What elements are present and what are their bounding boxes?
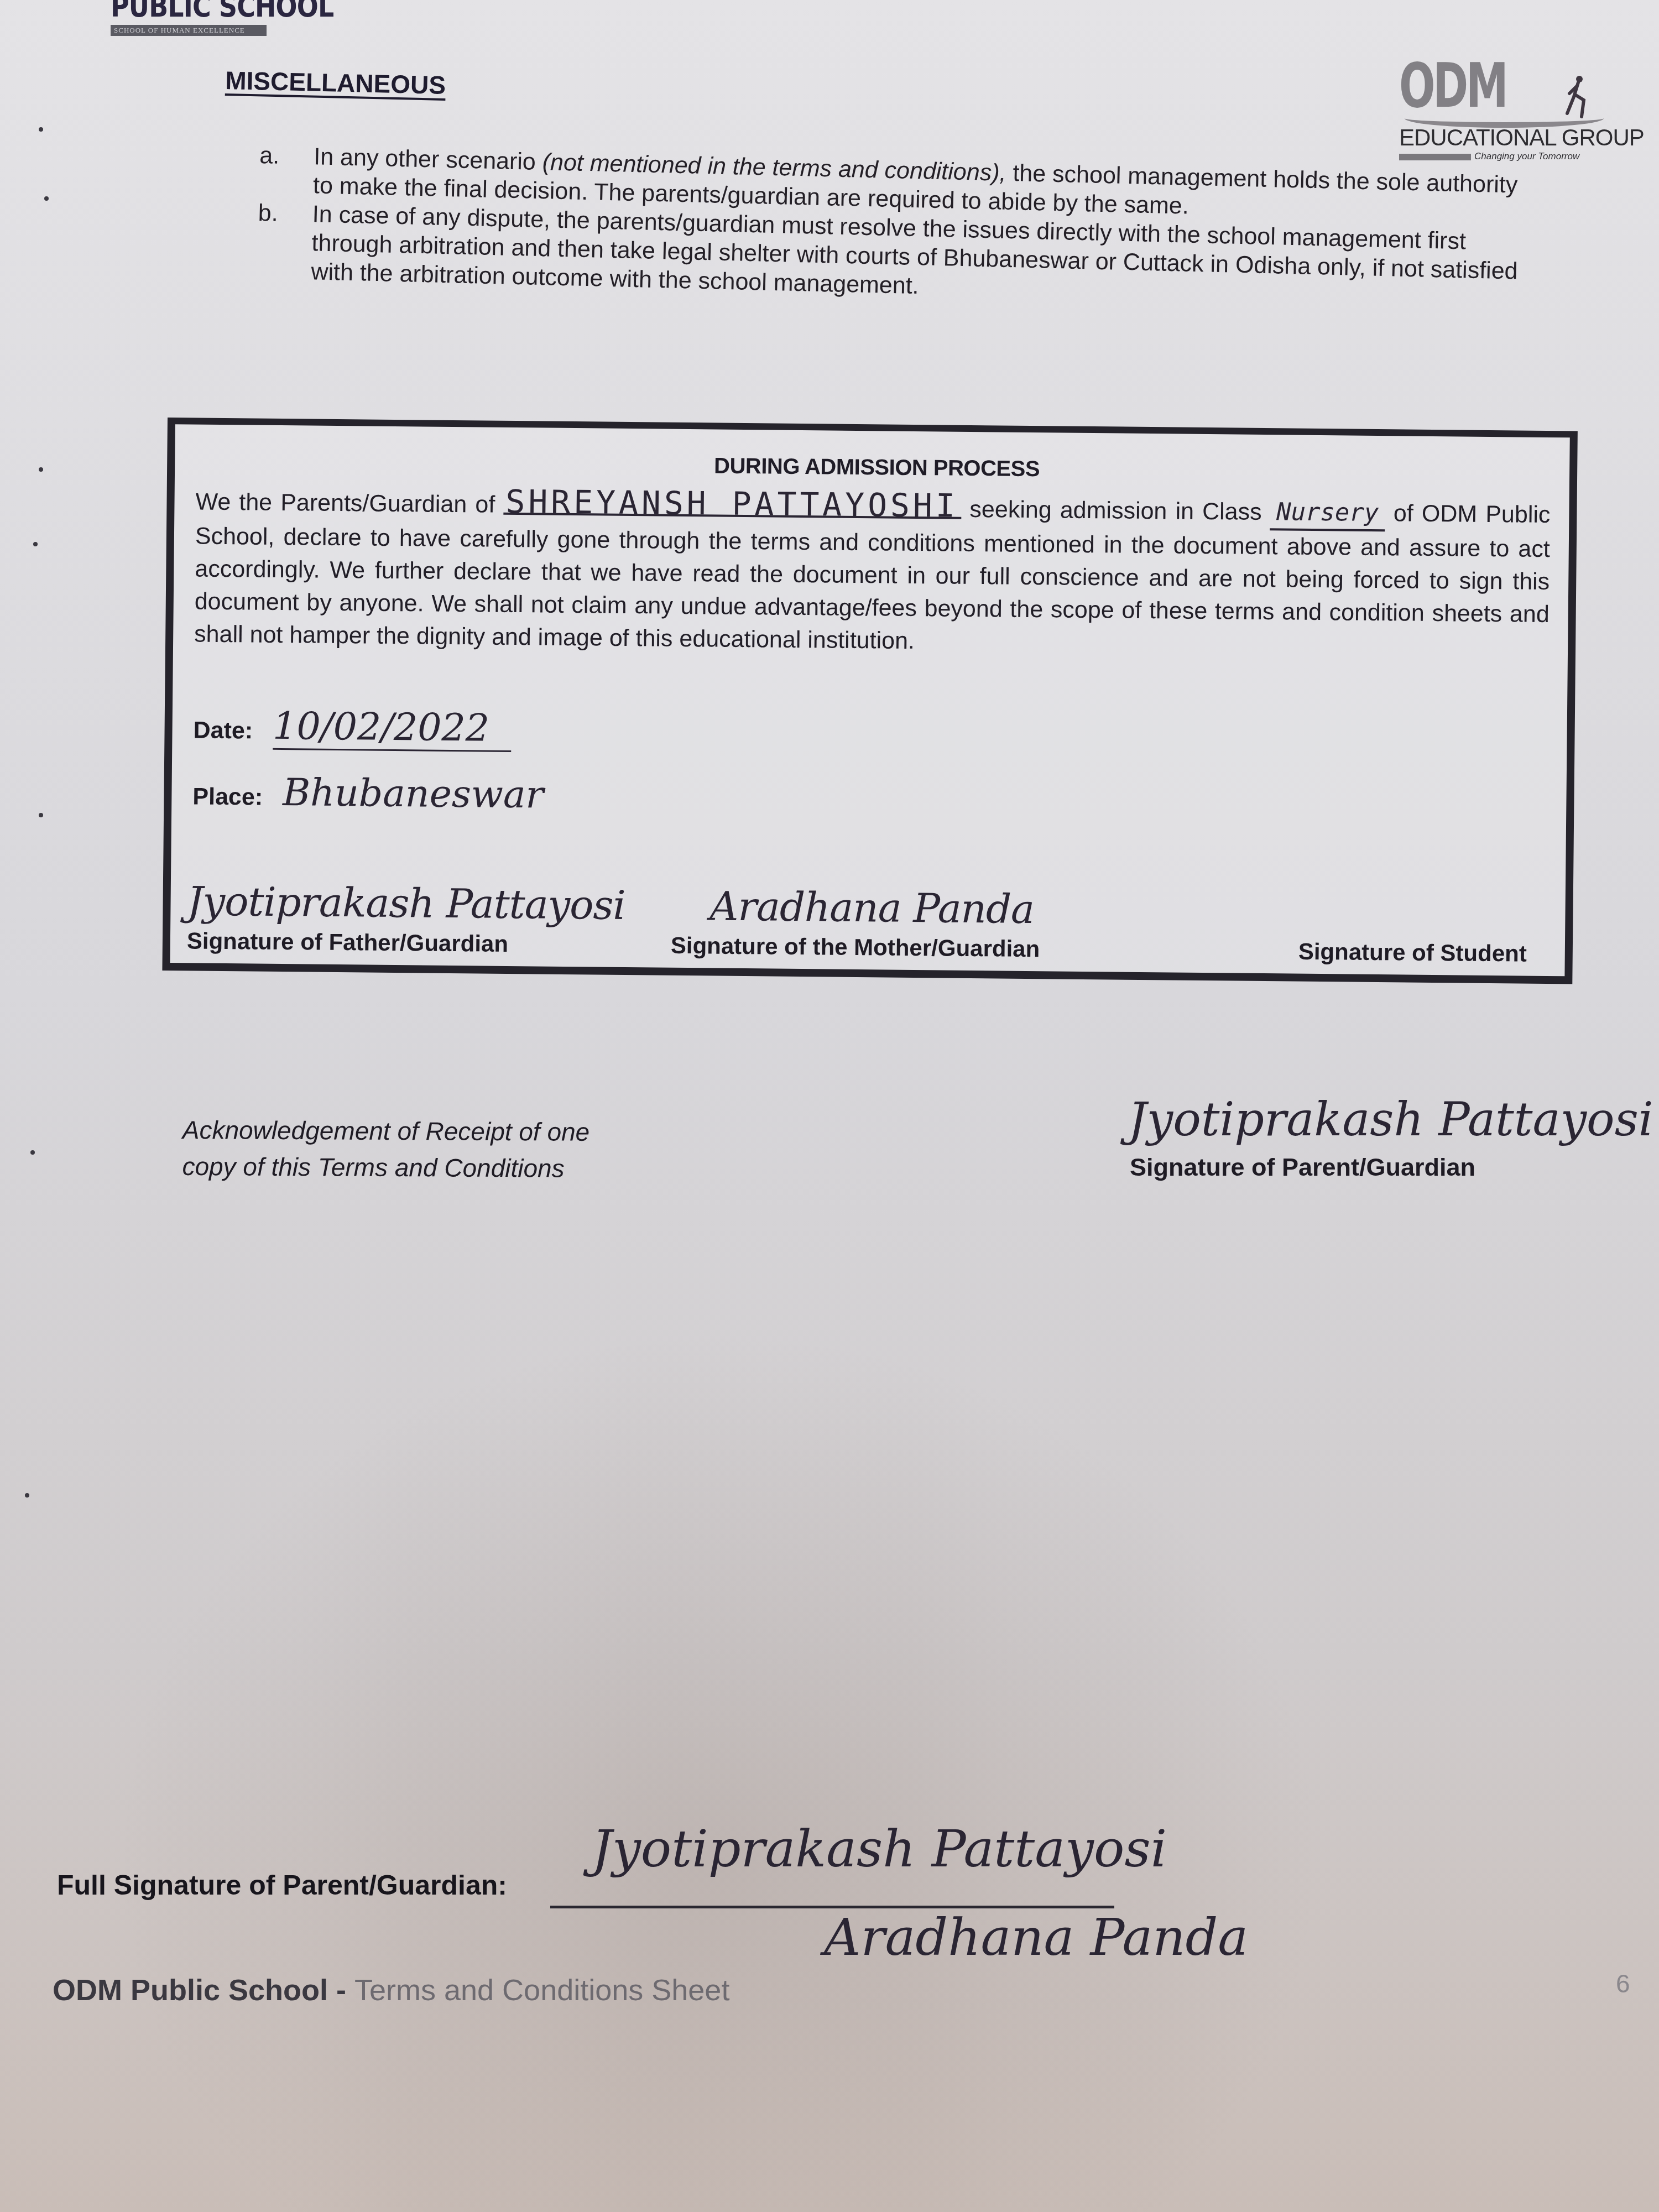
odm-logo-mark: ODM — [1399, 58, 1562, 113]
footer-school-name: ODM Public School - — [53, 1974, 354, 2007]
photo-shadow — [111, 1327, 1327, 2212]
list-marker: b. — [257, 199, 313, 286]
miscellaneous-section: MISCELLANEOUS — [225, 65, 446, 100]
edge-mark — [39, 467, 43, 472]
odm-logo-group-name: EDUCATIONAL GROUP — [1399, 124, 1631, 151]
list-marker: a. — [259, 141, 314, 200]
text-segment: seeking admission in Class — [961, 496, 1270, 525]
date-label: Date: — [193, 717, 253, 744]
odm-logo-tagline: Changing your Tomorrow — [1474, 151, 1579, 161]
date-row: Date:10/02/2022 — [193, 703, 512, 750]
place-label: Place: — [192, 783, 263, 810]
declaration-title: DURING ADMISSION PROCESS — [714, 453, 1040, 482]
school-logo-tagline: SCHOOL OF HUMAN EXCELLENCE — [111, 25, 267, 36]
edge-mark — [30, 1150, 35, 1155]
class-field[interactable]: Nursery — [1270, 495, 1385, 531]
date-field[interactable]: 10/02/2022 — [273, 705, 512, 752]
place-row: Place:Bhubaneswar — [192, 770, 544, 817]
text-segment: We the Parents/Guardian of — [195, 488, 503, 518]
father-signature-label: Signature of Father/Guardian — [187, 927, 509, 957]
full-signature-label: Full Signature of Parent/Guardian: — [57, 1869, 507, 1901]
odm-group-logo: ODM EDUCATIONAL GROUP Changing your Tomo… — [1399, 58, 1631, 162]
acknowledgement-line: copy of this Terms and Conditions — [182, 1148, 589, 1187]
edge-mark — [33, 542, 38, 546]
logo-bar — [1399, 154, 1471, 160]
school-logo: PUBLIC SCHOOL SCHOOL OF HUMAN EXCELLENCE — [111, 0, 276, 36]
student-signature-label: Signature of Student — [1298, 938, 1527, 967]
runner-icon — [1565, 75, 1587, 119]
father-signature[interactable]: Jyotiprakash Pattayosi — [187, 878, 625, 928]
school-logo-name: PUBLIC SCHOOL — [111, 0, 252, 24]
miscellaneous-title: MISCELLANEOUS — [225, 65, 446, 100]
page-number: 6 — [1616, 1969, 1630, 1999]
full-signature-father[interactable]: Jyotiprakash Pattayosi — [592, 1819, 1167, 1879]
acknowledgement-signature[interactable]: Jyotiprakash Pattayosi — [1128, 1092, 1653, 1146]
place-field[interactable]: Bhubaneswar — [283, 771, 544, 817]
edge-mark — [39, 127, 43, 132]
miscellaneous-list: a. In any other scenario (not mentioned … — [257, 141, 1531, 315]
edge-mark — [25, 1493, 29, 1498]
student-name-field[interactable]: SHREYANSH PATTAYOSHI — [503, 491, 961, 519]
text-segment: In any other scenario — [314, 143, 543, 175]
acknowledgement-signature-label: Signature of Parent/Guardian — [1130, 1153, 1475, 1182]
mother-signature-label: Signature of the Mother/Guardian — [671, 932, 1040, 962]
page-footer: ODM Public School - Terms and Conditions… — [53, 1973, 729, 2007]
edge-mark — [39, 813, 43, 817]
mother-signature[interactable]: Aradhana Panda — [709, 883, 1034, 932]
edge-mark — [44, 196, 49, 201]
footer-document-name: Terms and Conditions Sheet — [354, 1974, 729, 2007]
full-signature-mother[interactable]: Aradhana Panda — [824, 1908, 1248, 1967]
acknowledgement-line: Acknowledgement of Receipt of one — [182, 1112, 590, 1150]
acknowledgement-text: Acknowledgement of Receipt of one copy o… — [182, 1112, 589, 1187]
admission-declaration-box: DURING ADMISSION PROCESS We the Parents/… — [162, 418, 1577, 984]
declaration-text: We the Parents/Guardian of SHREYANSH PAT… — [194, 485, 1551, 664]
